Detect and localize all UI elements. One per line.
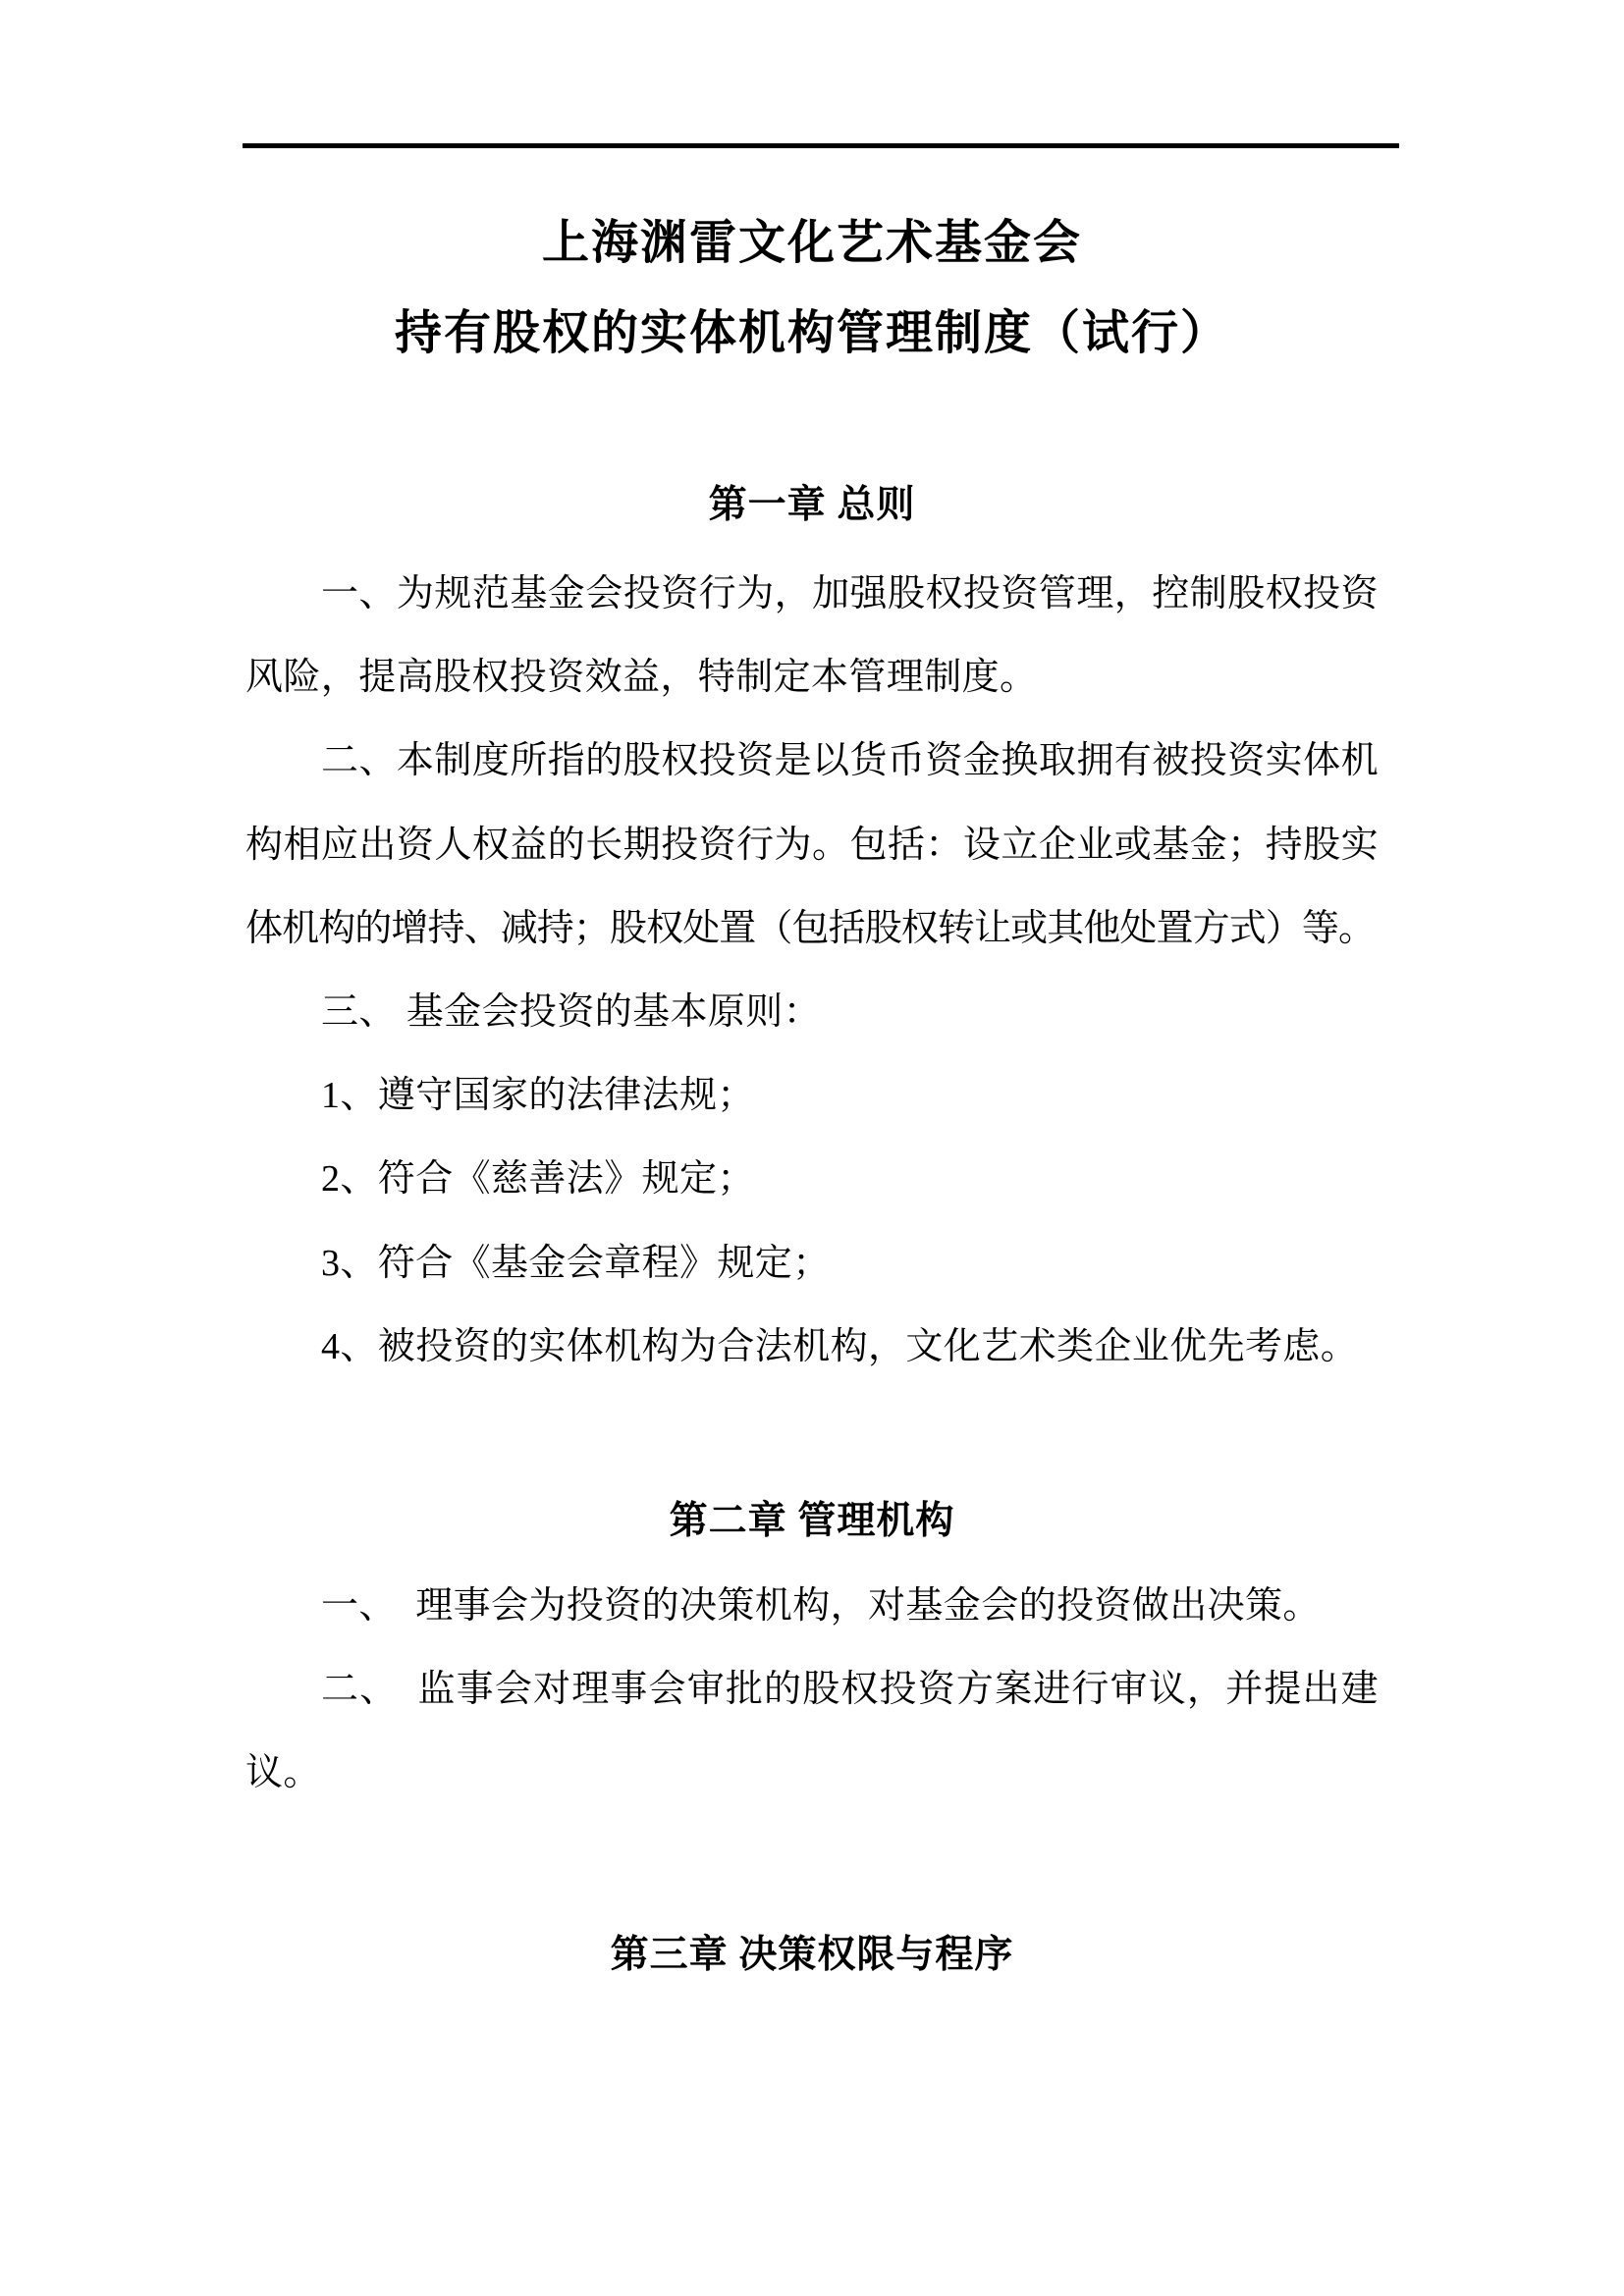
list-item: 三、 基金会投资的基本原则：: [245, 971, 1379, 1054]
paragraph-line: 二、本制度所指的股权投资是以货币资金换取拥有被投资实体机: [245, 720, 1379, 803]
list-item: 3、符合《基金会章程》规定；: [245, 1222, 1379, 1306]
paragraph-line: 一、 理事会为投资的决策机构，对基金会的投资做出决策。: [245, 1565, 1379, 1648]
list-item: 4、被投资的实体机构为合法机构，文化艺术类企业优先考虑。: [245, 1306, 1379, 1389]
paragraph-line: 一、为规范基金会投资行为，加强股权投资管理，控制股权投资: [245, 553, 1379, 636]
chapter-1-heading: 第一章 总则: [245, 463, 1379, 547]
list-item: 2、符合《慈善法》规定；: [245, 1138, 1379, 1221]
list-item: 1、遵守国家的法律法规；: [245, 1054, 1379, 1138]
paragraph-line: 二、 监事会对理事会审批的股权投资方案进行审议，并提出建: [245, 1648, 1379, 1732]
paragraph-line: 体机构的增持、减持；股权处置（包括股权转让或其他处置方式）等。: [245, 887, 1379, 971]
header-rule: [243, 143, 1399, 148]
document-body: 第一章 总则 一、为规范基金会投资行为，加强股权投资管理，控制股权投资 风险，提…: [245, 463, 1379, 1997]
document-title: 上海渊雷文化艺术基金会 持有股权的实体机构管理制度（试行）: [0, 0, 1624, 379]
paragraph-line: 构相应出资人权益的长期投资行为。包括：设立企业或基金；持股实: [245, 804, 1379, 887]
doc-title-line-1: 上海渊雷文化艺术基金会: [0, 198, 1624, 289]
chapter-3-heading: 第三章 决策权限与程序: [245, 1913, 1379, 1997]
paragraph-line: 议。: [245, 1732, 1379, 1815]
chapter-2-heading: 第二章 管理机构: [245, 1479, 1379, 1563]
paragraph-line: 风险，提高股权投资效益，特制定本管理制度。: [245, 636, 1379, 720]
document-page: 上海渊雷文化艺术基金会 持有股权的实体机构管理制度（试行） 第一章 总则 一、为…: [0, 0, 1624, 2296]
doc-title-line-2: 持有股权的实体机构管理制度（试行）: [0, 289, 1624, 379]
